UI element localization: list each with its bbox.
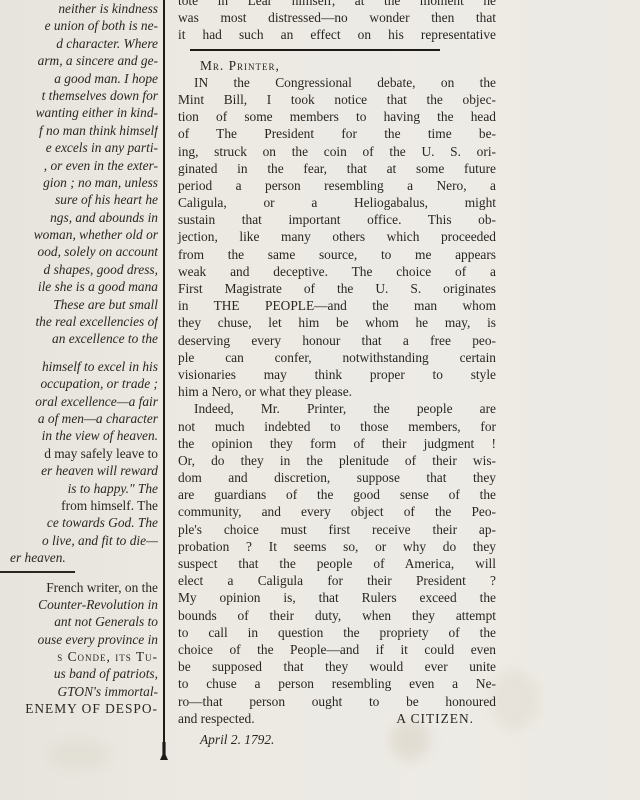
text-line: himself to excel in his	[0, 358, 158, 375]
text-line: occupation, or trade ;	[0, 375, 158, 392]
text-line: d shapes, good dress,	[0, 261, 158, 278]
text-line: ro—that person ought to be honoured	[178, 693, 496, 710]
text-line: community, and every object of the Peo-	[178, 503, 496, 520]
text-line: of The President for the time be-	[178, 125, 496, 142]
text-line: These are but small	[0, 296, 158, 313]
text-line: an excellence to the	[0, 330, 158, 347]
text-line: the opinion they form of their judgment …	[178, 435, 496, 452]
text-line: is to happy." The	[0, 480, 158, 497]
text-line: arm, a sincere and ge-	[0, 52, 158, 69]
text-line: , or even in the exter-	[0, 157, 158, 174]
text-line: Counter-Revolution in	[0, 596, 158, 613]
text-line: dom and discretion, suppose that they	[178, 469, 496, 486]
text-line: My opinion is, that Rulers exceed the	[178, 589, 496, 606]
text-line: ginated in the fear, that at some future	[178, 160, 496, 177]
text-line: ant not Generals to	[0, 613, 158, 630]
text-line: s Conde, its Tu-	[0, 648, 158, 665]
text-line: f no man think himself	[0, 122, 158, 139]
text-line: ngs, and abounds in	[0, 209, 158, 226]
text-line: Caligula, or a Heliogabalus, might	[178, 194, 496, 211]
text-line: deserving every honour that a free peo-	[178, 332, 496, 349]
paragraph-gap	[0, 348, 158, 358]
text-line: jection, like many others which proceede…	[178, 228, 496, 245]
text-line: ouse every province in	[0, 631, 158, 648]
text-line: a good man. I hope	[0, 70, 158, 87]
text-line: er heaven will reward	[0, 462, 158, 479]
text-line: ENEMY OF DESPO-	[0, 700, 158, 717]
text-line: from himself. The	[0, 497, 158, 514]
text-line: suspect that the people of America, will	[178, 555, 496, 572]
text-line: from the same source, to me appears	[178, 246, 496, 263]
paper-stain	[490, 670, 540, 730]
text-line: to call in question the propriety of the	[178, 624, 496, 641]
text-line: ile she is a good mana	[0, 278, 158, 295]
text-line: d character. Where	[0, 35, 158, 52]
closing-line: and respected. A CITIZEN.	[178, 710, 496, 727]
text-line: sustain that important office. This ob-	[178, 211, 496, 228]
text-line: ple's choice must first receive their ap…	[178, 521, 496, 538]
section-rule	[0, 571, 75, 573]
text-line: to chuse a person resembling even a Ne-	[178, 675, 496, 692]
text-line: tote in Lear himself, at the moment he	[178, 0, 496, 9]
text-line: bounds of their duty, when they attempt	[178, 607, 496, 624]
text-line: him a Nero, or what they please.	[178, 383, 496, 400]
text-line: GTON's immortal-	[0, 683, 158, 700]
text-line: e union of both is ne-	[0, 17, 158, 34]
dateline: April 2. 1792.	[200, 731, 496, 748]
text-line: ce towards God. The	[0, 514, 158, 531]
column-rule-end	[160, 742, 168, 760]
text-line: Mint Bill, I took notice that the objec-	[178, 91, 496, 108]
text-line: er heaven.	[0, 549, 158, 566]
text-line: in THE PEOPLE—and the man whom	[178, 297, 496, 314]
text-line: us band of patriots,	[0, 665, 158, 682]
text-line: the real excellencies of	[0, 313, 158, 330]
text-line: First Magistrate of the U. S. originates	[178, 280, 496, 297]
text-line: gion ; no man, unless	[0, 174, 158, 191]
salutation: Mr. Printer,	[178, 57, 496, 74]
text-line: ple can confer, notwithstanding certain	[178, 349, 496, 366]
text-line: weak and deceptive. The choice of a	[178, 263, 496, 280]
text-line: sure of his heart he	[0, 191, 158, 208]
text-line: not much indebted to those members, for	[178, 418, 496, 435]
text-line: visionaries may think proper to style	[178, 366, 496, 383]
closing-text: and respected.	[178, 710, 255, 727]
text-line: neither is kindness	[0, 0, 158, 17]
left-column: neither is kindness e union of both is n…	[0, 0, 158, 718]
text-line: oral excellence—a fair	[0, 393, 158, 410]
text-line: French writer, on the	[0, 579, 158, 596]
text-line: was most distressed—no wonder then that	[178, 9, 496, 26]
text-line: be supposed that they would ever unite	[178, 658, 496, 675]
text-line: choice of the People—and if it could eve…	[178, 641, 496, 658]
section-rule	[190, 49, 440, 51]
column-rule	[163, 0, 165, 745]
text-line: e excels in any parti-	[0, 139, 158, 156]
text-line: tion of some members to having the head	[178, 108, 496, 125]
text-line: wanting either in kind-	[0, 104, 158, 121]
text-line: period a person resembling a Nero, a	[178, 177, 496, 194]
text-line: woman, whether old or	[0, 226, 158, 243]
text-line: elect a Caligula for their President ?	[178, 572, 496, 589]
text-line: o live, and fit to die—	[0, 532, 158, 549]
text-line: a of men—a character	[0, 410, 158, 427]
text-line: probation ? It seems so, or why do they	[178, 538, 496, 555]
text-line: they chuse, let him be whom he may, is	[178, 314, 496, 331]
text-line: in the view of heaven.	[0, 427, 158, 444]
text-line: ing, struck on the coin of the U. S. ori…	[178, 143, 496, 160]
text-line: it had such an effect on his representat…	[178, 26, 496, 43]
main-column: tote in Lear himself, at the moment he w…	[178, 0, 496, 748]
text-line: t themselves down for	[0, 87, 158, 104]
text-line: IN the Congressional debate, on the	[178, 74, 496, 91]
signature: A CITIZEN.	[396, 710, 474, 727]
text-line: ood, solely on account	[0, 243, 158, 260]
text-line: are guardians of the good sense of the	[178, 486, 496, 503]
text-line: d may safely leave to	[0, 445, 158, 462]
text-line: Or, do they in the plenitude of their wi…	[178, 452, 496, 469]
paper-stain	[50, 740, 110, 770]
text-line: Indeed, Mr. Printer, the people are	[178, 400, 496, 417]
